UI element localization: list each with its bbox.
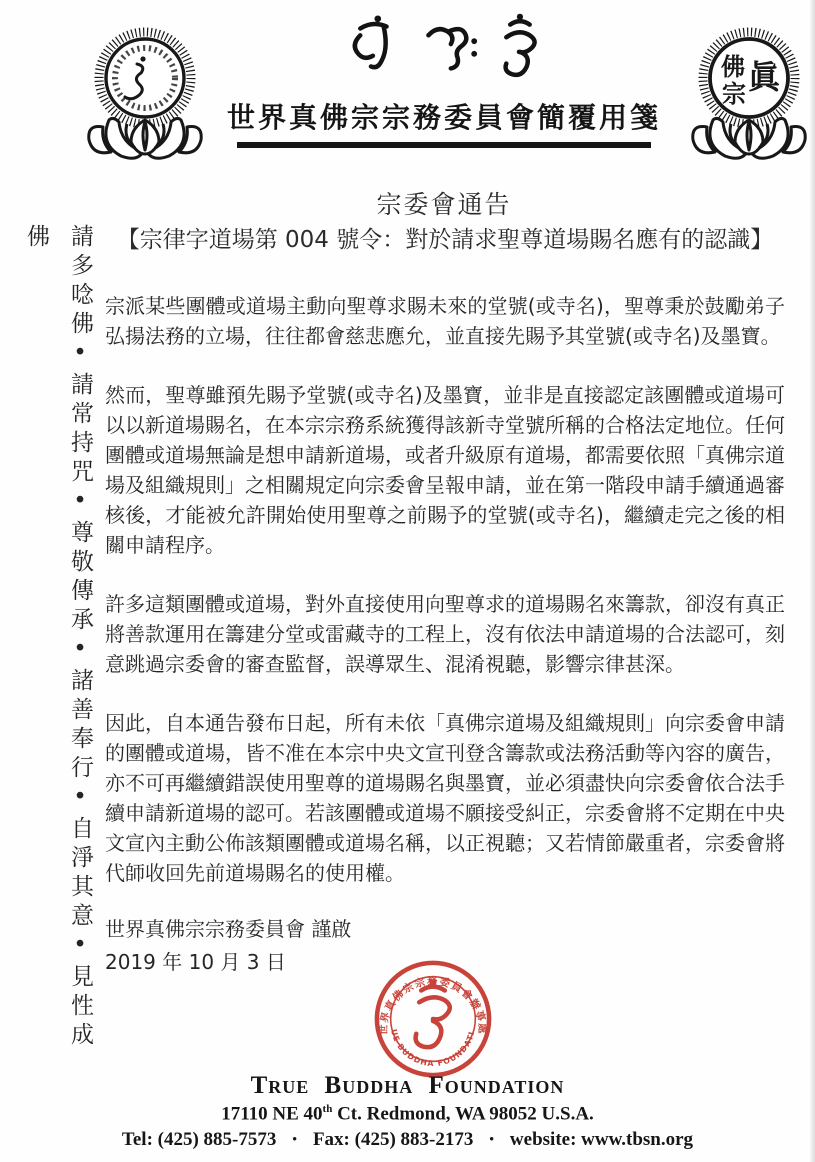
footer-address-pre: 17110 NE 40 bbox=[221, 1103, 322, 1124]
letter-page: 請多唸佛•請常持咒•尊敬傳承•諸善奉行•自淨其意•見性成佛 bbox=[0, 0, 815, 1162]
seal-char-zhen: 眞 bbox=[748, 58, 782, 96]
paragraph: 然而，聖尊雖預先賜予堂號(或寺名)及墨寶，並非是直接認定該團體或道場可以以新道場… bbox=[105, 380, 785, 560]
notice-body: 宗派某些團體或道場主動向聖尊求賜未來的堂號(或寺名)，聖尊秉於鼓勵弟子弘揚法務的… bbox=[105, 291, 785, 979]
letterhead: 世界真佛宗宗務委員會簡覆用箋 佛 眞 宗 bbox=[0, 0, 815, 175]
notice-subtitle: 【宗律字道場第 004 號令：對於請求聖尊道場賜名應有的認識】 bbox=[90, 221, 800, 254]
paragraph: 許多這類團體或道場，對外直接使用向聖尊求的道場賜名來籌款，卻沒有真正將善款運用在… bbox=[105, 589, 785, 679]
footer-tel: Tel: (425) 885-7573 bbox=[122, 1129, 276, 1150]
footer-foundation-name: True Buddha Foundation bbox=[0, 1072, 815, 1100]
header-divider bbox=[237, 142, 651, 148]
footer-separator: • bbox=[489, 1131, 494, 1147]
org-title: 世界真佛宗宗務委員會簡覆用箋 bbox=[105, 96, 783, 136]
paragraph: 因此，自本通告發布日起，所有未依「真佛宗道場及組織規則」向宗委會申請的團體或道場… bbox=[105, 708, 785, 888]
footer-address-post: Ct. Redmond, WA 98052 U.S.A. bbox=[332, 1103, 593, 1124]
notice-title: 宗委會通告 bbox=[105, 185, 783, 221]
signoff-org: 世界真佛宗宗務委員會 謹啟 bbox=[105, 913, 785, 946]
scan-edge bbox=[809, 0, 815, 1162]
footer-contact: Tel: (425) 885-7573•Fax: (425) 883-2173•… bbox=[0, 1129, 815, 1151]
paragraph: 宗派某些團體或道場主動向聖尊求賜未來的堂號(或寺名)，聖尊秉於鼓勵弟子弘揚法務的… bbox=[105, 291, 785, 351]
header-center: 世界真佛宗宗務委員會簡覆用箋 bbox=[105, 10, 783, 148]
vertical-motto: 請多唸佛•請常持咒•尊敬傳承•諸善奉行•自淨其意•見性成佛 bbox=[14, 224, 102, 1074]
seal-seed-syllable bbox=[416, 979, 450, 1047]
footer-fax: Fax: (425) 883-2173 bbox=[313, 1129, 473, 1150]
foundation-seal-icon: 世界真佛宗宗務委員會辦事處 TRUE BUDDHA FOUNDATION bbox=[372, 958, 494, 1080]
footer: True Buddha Foundation 17110 NE 40th Ct.… bbox=[0, 1072, 815, 1151]
footer-website: website: www.tbsn.org bbox=[510, 1129, 693, 1150]
footer-separator: • bbox=[292, 1131, 297, 1147]
lotus-seal-truebuddha-icon: 佛 眞 宗 bbox=[686, 26, 812, 170]
seed-syllables-icon bbox=[336, 10, 552, 84]
seal-char-fo: 佛 bbox=[721, 53, 745, 81]
footer-address-sup: th bbox=[323, 1103, 333, 1115]
seal-char-zong: 宗 bbox=[722, 80, 746, 108]
footer-address: 17110 NE 40th Ct. Redmond, WA 98052 U.S.… bbox=[0, 1103, 815, 1125]
